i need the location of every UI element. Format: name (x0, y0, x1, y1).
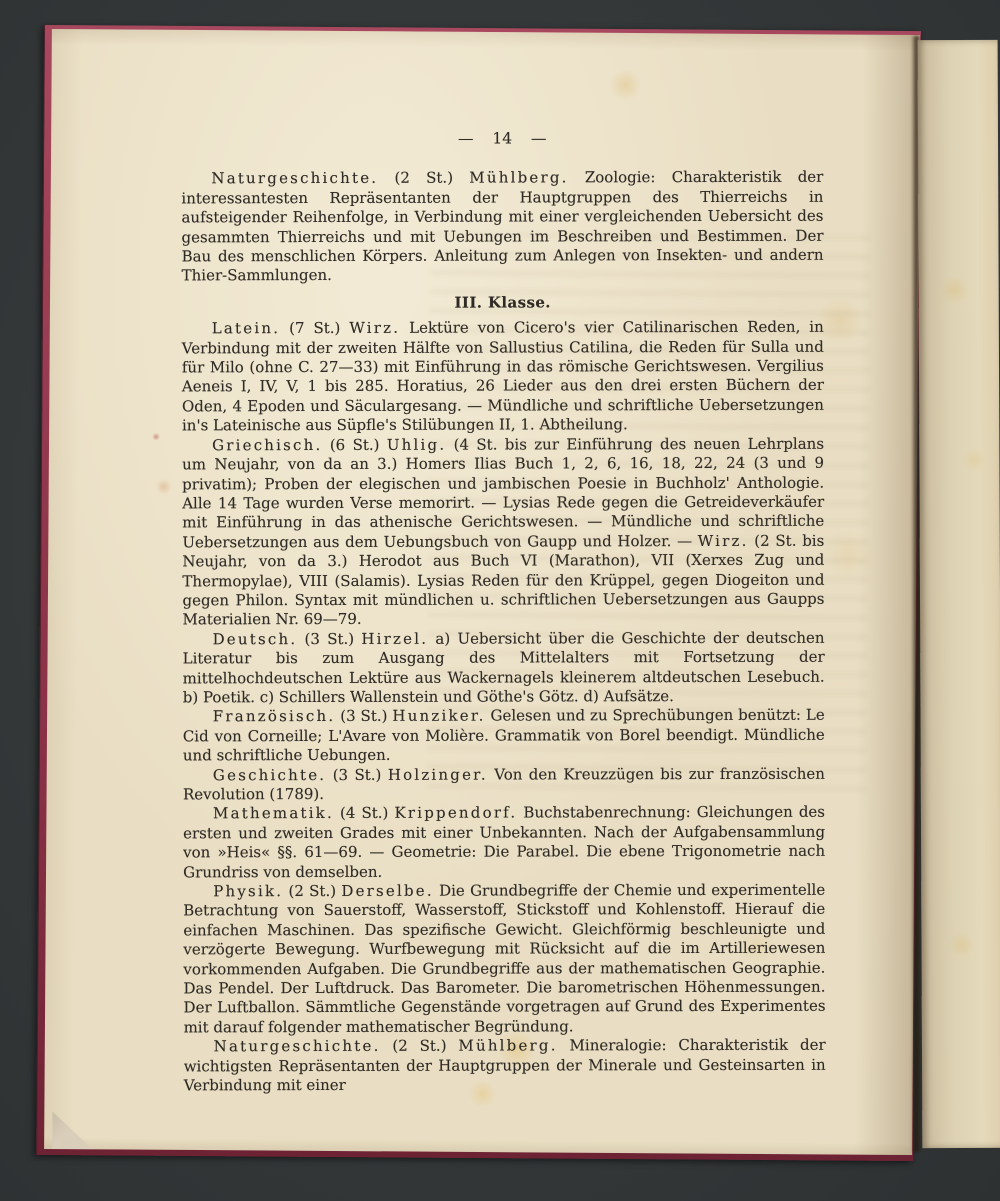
subject-label: Griechisch. (212, 436, 322, 454)
paragraph-physik: Physik. (2 St.) Derselbe. Die Grundbegri… (183, 881, 825, 1038)
paragraph-franzoesisch: Französisch. (3 St.) Hunziker. Gelesen u… (183, 706, 825, 766)
paragraph-naturgeschichte-mineralogie: Naturgeschichte. (2 St.) Mühlberg. Miner… (184, 1036, 826, 1096)
hours-label: (6 St.) (330, 436, 380, 454)
teacher-name: Uhlig. (387, 435, 447, 453)
scan-backdrop: { "doc": { "page_number": "14", "page_nu… (0, 0, 1000, 1201)
teacher-name: Derselbe. (341, 882, 434, 900)
teacher-name: Krippendorf. (394, 804, 517, 822)
subject-label: Mathematik. (213, 804, 334, 822)
hours-label: (7 St.) (289, 319, 340, 337)
paragraph-mathematik: Mathematik. (4 St.) Krippendorf. Buchsta… (183, 803, 825, 882)
facing-page-edge (918, 40, 1000, 1148)
hours-label: (3 St.) (340, 707, 387, 725)
subject-label: Physik. (213, 882, 283, 900)
paragraph-griechisch: Griechisch. (6 St.) Uhlig. (4 St. bis zu… (182, 434, 825, 630)
subject-label: Naturgeschichte. (211, 169, 378, 187)
subject-label: Französisch. (213, 707, 336, 725)
paragraph-latein: Latein. (7 St.) Wirz. Lektüre von Cicero… (182, 318, 824, 436)
teacher-name: Mühlberg. (458, 1037, 557, 1055)
teacher-name: Hunziker. (392, 707, 485, 725)
hours-label: (2 St.) (394, 169, 453, 187)
paragraph-naturgeschichte-zoologie: Naturgeschichte. (2 St.) Mühlberg. Zoolo… (181, 168, 823, 286)
teacher-name: Holzinger. (388, 765, 488, 783)
paragraph-geschichte: Geschichte. (3 St.) Holzinger. Von den K… (183, 764, 825, 804)
hours-label: (2 St.) (288, 882, 336, 900)
book-page: — 14 — Naturgeschichte. (2 St.) Mühlberg… (44, 29, 920, 1155)
teacher-name: Wirz. (349, 319, 400, 337)
subject-label: Latein. (212, 319, 280, 337)
subject-label: Geschichte. (213, 766, 326, 784)
paragraph-body: Die Grundbegriffe der Chemie und experim… (183, 881, 825, 1037)
hours-label: (4 St.) (340, 804, 388, 822)
hours-label: (3 St.) (305, 630, 355, 648)
teacher-name: Wirz. (698, 532, 749, 550)
subject-label: Naturgeschichte. (214, 1037, 381, 1055)
page-text-block: — 14 — Naturgeschichte. (2 St.) Mühlberg… (181, 129, 826, 1096)
paragraph-deutsch: Deutsch. (3 St.) Hirzel. a) Uebersicht ü… (183, 628, 825, 707)
teacher-name: Mühlberg. (469, 169, 568, 187)
subject-label: Deutsch. (213, 630, 298, 648)
page-corner-tape (52, 1109, 96, 1149)
hours-label: (2 St.) (392, 1037, 446, 1055)
page-number: — 14 — (181, 129, 823, 150)
section-heading-iii-klasse: III. Klasse. (182, 293, 824, 314)
teacher-name: Hirzel. (361, 629, 428, 647)
hours-label: (3 St.) (333, 765, 382, 783)
